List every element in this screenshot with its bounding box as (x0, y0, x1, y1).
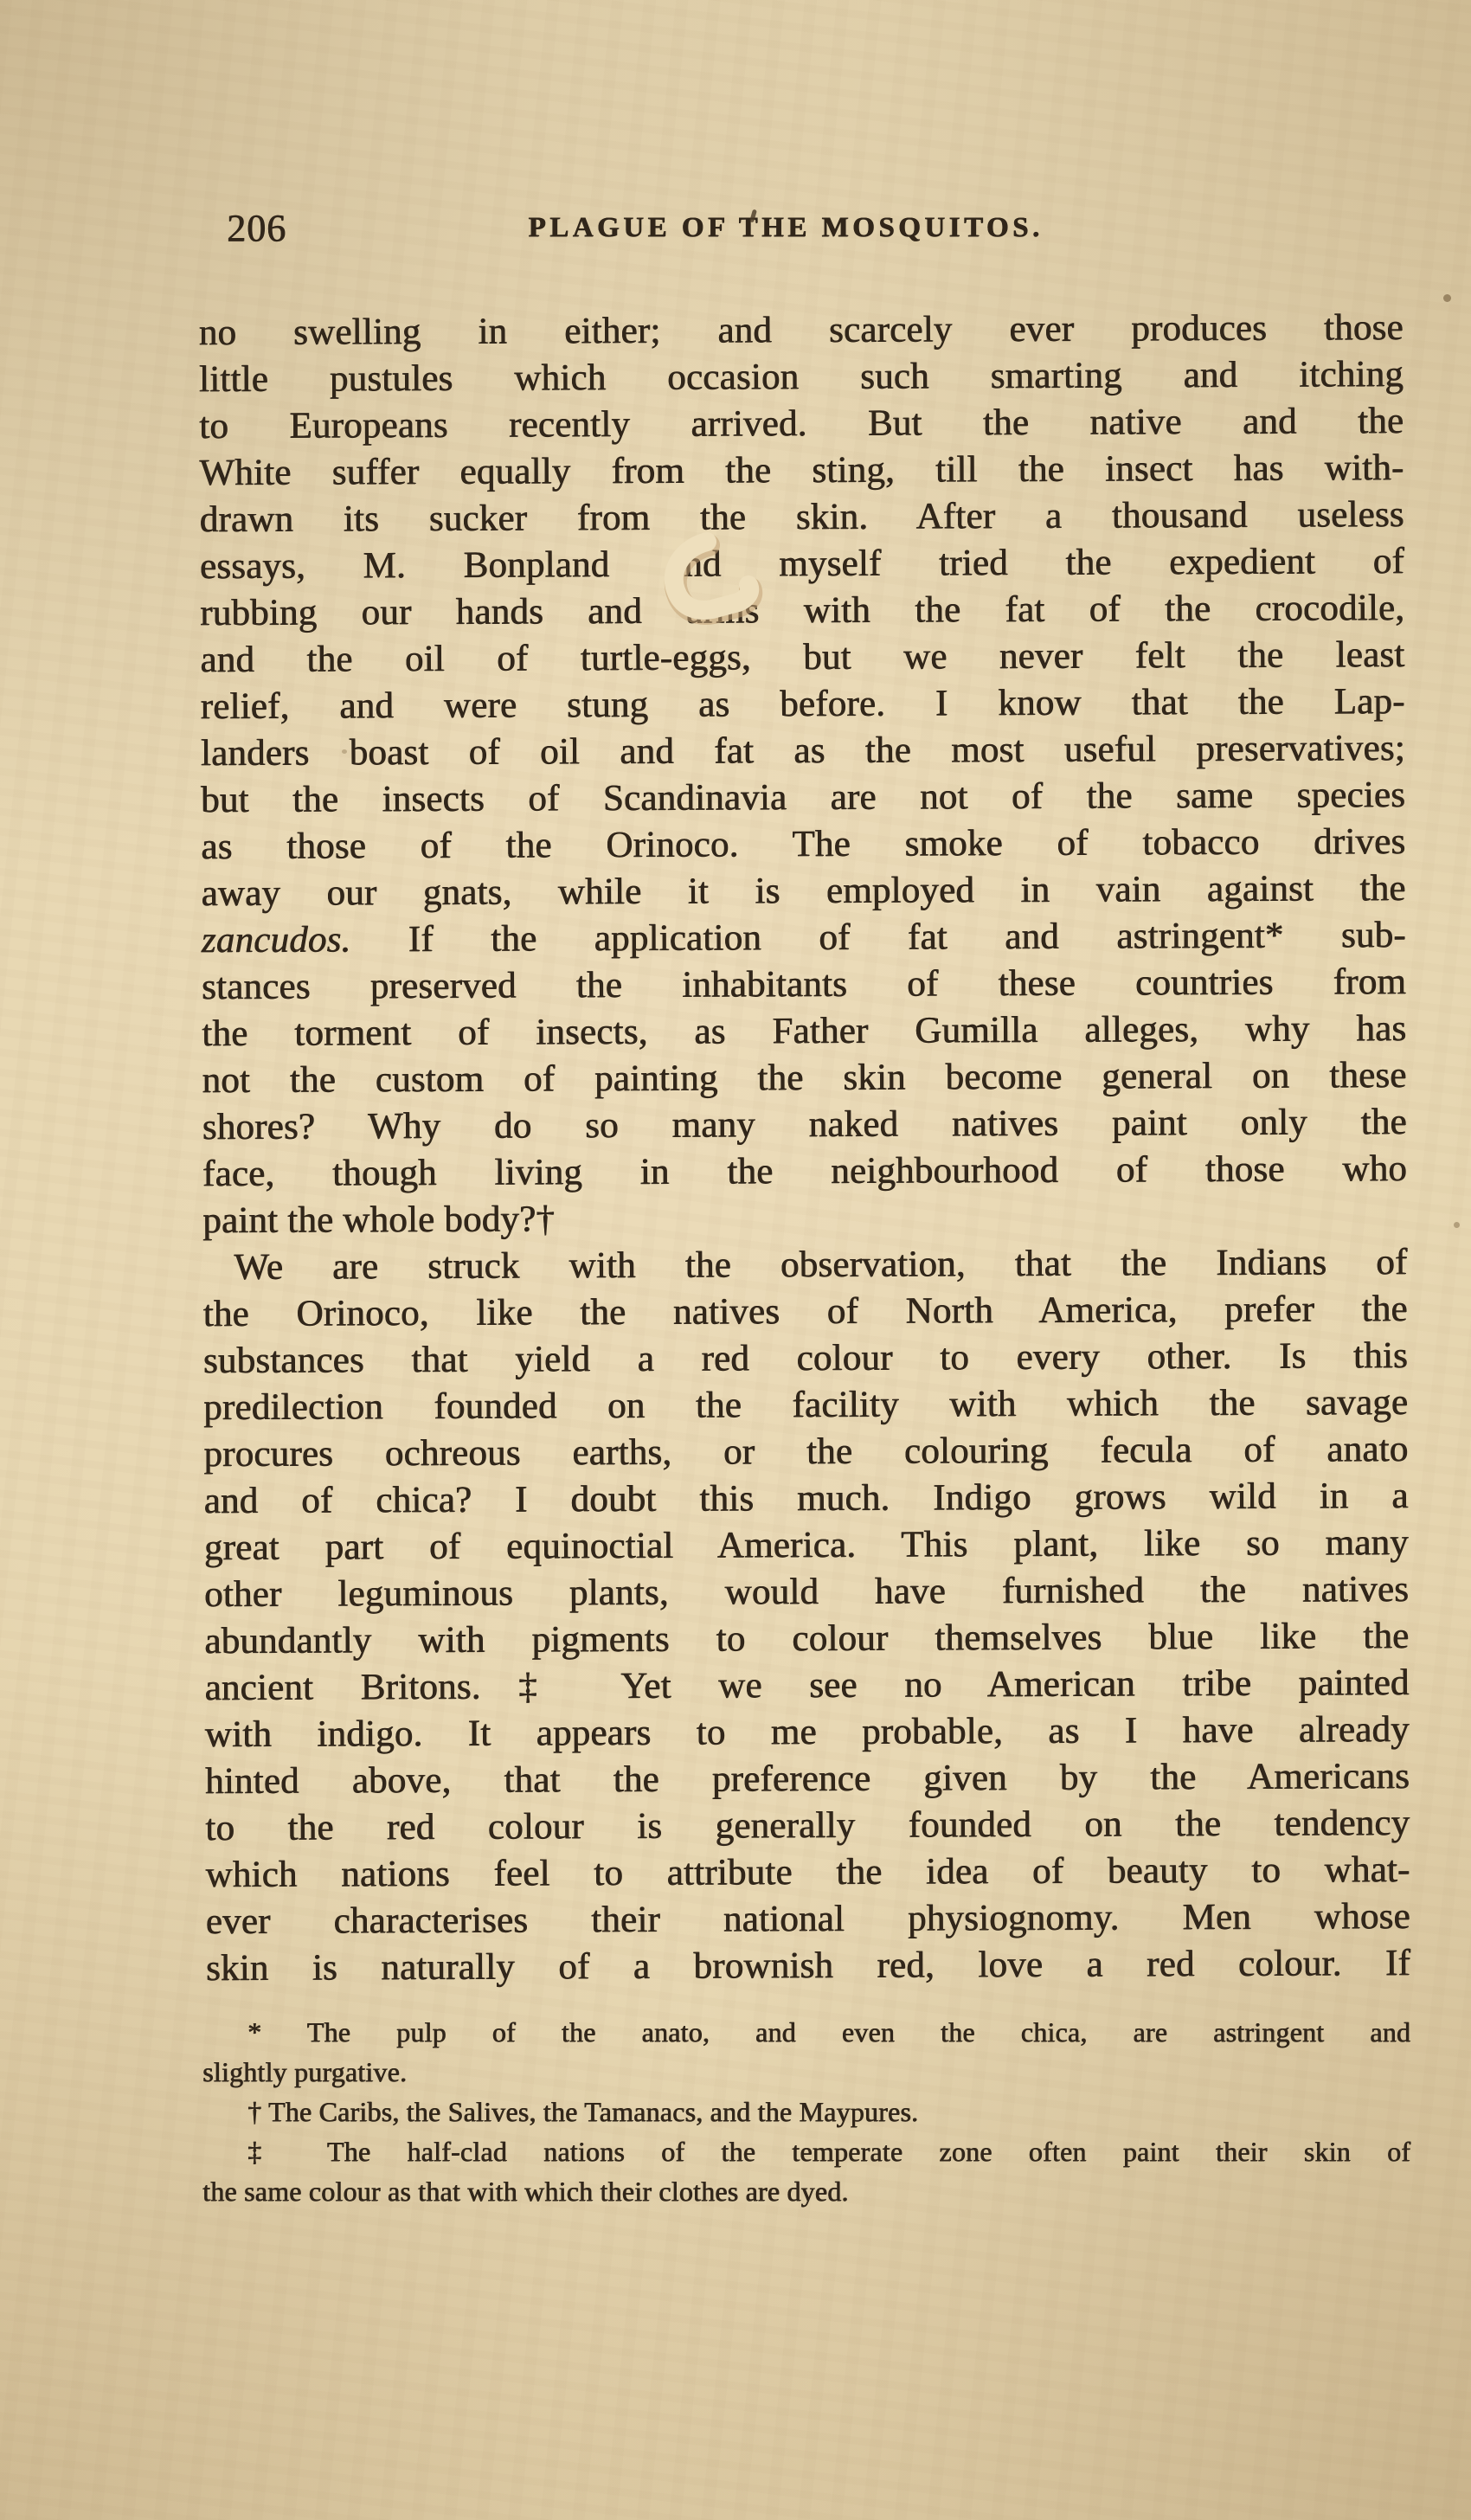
text-line: and the oil of turtle-eggs, but we never… (200, 632, 1404, 684)
text-line: paint the whole body?† (202, 1192, 1407, 1244)
text-line: shores? Why do so many naked natives pai… (202, 1099, 1407, 1151)
text-line: landers boast of oil and fat as the most… (201, 725, 1405, 777)
text-line: ever characterises their national physio… (206, 1893, 1410, 1945)
text-line: rubbing our hands and arms with the fat … (200, 585, 1404, 637)
text-line: slightly purgative. (202, 2052, 1410, 2092)
text-line: ancient Britons.‡ Yet we see no American… (204, 1660, 1409, 1712)
text-line: abundantly with pigments to colour thems… (204, 1613, 1409, 1665)
text-line: great part of equinoctial America. This … (204, 1520, 1409, 1572)
text-line: to the red colour is generally founded o… (205, 1800, 1410, 1852)
paper-flaw-mark (645, 530, 774, 646)
text-line: as those of the Orinoco. The smoke of to… (201, 819, 1405, 871)
book-page: 206 PLAGUE OF THE MOSQUITOS. no swelling… (0, 0, 1471, 2520)
text-line: zancudos. If the application of fat and … (202, 912, 1406, 964)
page-header: 206 PLAGUE OF THE MOSQUITOS. (206, 206, 1410, 258)
text-line: no swelling in either; and scarcely ever… (199, 305, 1404, 357)
italic-word: zancudos. (202, 919, 351, 961)
text-line: the Orinoco, like the natives of North A… (202, 1286, 1407, 1338)
text-line: other leguminous plants, would have furn… (204, 1566, 1409, 1618)
text-line: stances preserved the inhabitants of the… (202, 959, 1406, 1011)
text-line: * The pulp of the anato, and even the ch… (202, 2012, 1410, 2052)
paragraph-1: no swelling in either; and scarcely ever… (199, 305, 1408, 1244)
text-line: away our gnats, while it is employed in … (201, 865, 1405, 917)
text-line: We are struck with the observation, that… (202, 1239, 1407, 1291)
text-line: ‡ The half-clad nations of the temperate… (202, 2131, 1410, 2171)
text-line: † The Caribs, the Salives, the Tamanacs,… (202, 2092, 1410, 2131)
paragraph-2: We are struck with the observation, that… (202, 1239, 1410, 1992)
text-line: White suffer equally from the sting, til… (199, 445, 1404, 497)
text-line: not the custom of painting the skin beco… (202, 1052, 1406, 1104)
text-line: which nations feel to attribute the idea… (205, 1847, 1410, 1899)
footnotes-block: * The pulp of the anato, and even the ch… (202, 2012, 1410, 2211)
text-line: little pustules which occasion such smar… (199, 351, 1404, 403)
text-line: drawn its sucker from the skin. After a … (199, 492, 1404, 543)
text-line: the torment of insects, as Father Gumill… (202, 1006, 1406, 1057)
text-line: skin is naturally of a brownish red, lov… (206, 1940, 1410, 1992)
text-line: relief, and were stung as before. I know… (200, 678, 1404, 730)
paper-speck (342, 749, 347, 754)
body-text: no swelling in either; and scarcely ever… (199, 305, 1410, 1992)
text-line: the same colour as that with which their… (202, 2171, 1410, 2211)
text-line: but the insects of Scandinavia are not o… (201, 772, 1405, 824)
text-line: to Europeans recently arrived. But the n… (199, 398, 1404, 450)
text-line: predilection founded on the facility wit… (203, 1379, 1408, 1431)
paper-speck (1443, 294, 1451, 302)
text-line: and of chica? I doubt this much. Indigo … (203, 1473, 1408, 1525)
text-line: essays, M. Bonpland and myself tried the… (200, 538, 1404, 590)
running-header: PLAGUE OF THE MOSQUITOS. (206, 212, 1365, 244)
text-line: substances that yield a red colour to ev… (203, 1333, 1408, 1385)
text-line: with indigo. It appears to me probable, … (205, 1707, 1410, 1758)
text-line: procures ochreous earths, or the colouri… (203, 1426, 1408, 1478)
text-line: hinted above, that the preference given … (205, 1753, 1410, 1805)
paper-speck (1454, 1222, 1460, 1228)
text-line: face, though living in the neighbourhood… (202, 1146, 1407, 1198)
